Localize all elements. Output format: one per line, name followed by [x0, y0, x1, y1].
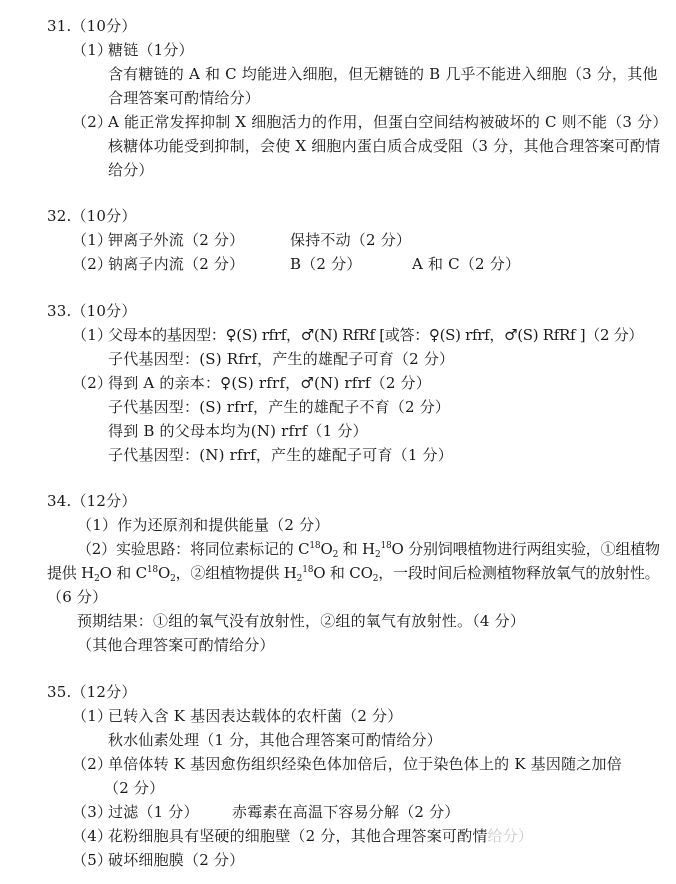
subscript: 2 [375, 550, 381, 560]
q33-part2-label: （2） [72, 373, 112, 393]
q33-part2-line1: 得到 A 的亲本：♀(S) rfrf，♂(N) rfrf（2 分） [108, 373, 431, 393]
q34-part2-label: （2） [77, 540, 116, 558]
q33-part1-label: （1） [72, 325, 112, 345]
q34-text: 提供 H [47, 564, 94, 582]
q31-part1-answer: 糖链（1分） [108, 40, 194, 60]
q32-part2-answer-a: 钠离子内流（2 分） [108, 254, 244, 274]
q34-part1-text: 作为还原剂和提供能量（2 分） [117, 516, 329, 534]
q35-part3-label: （3） [72, 802, 112, 822]
q34-part2-expected: 预期结果：①组的氧气没有放射性，②组的氧气有放射性。（4 分） [77, 611, 525, 631]
q34-text: O 和 CO [313, 564, 372, 582]
superscript: 18 [309, 541, 320, 551]
q34-text: 实验思路：将同位素标记的 C [116, 540, 309, 558]
subscript: 2 [297, 574, 303, 584]
q33-header: 33.（10分） [47, 301, 137, 321]
q34-part2-line1: （2）实验思路：将同位素标记的 C18O2 和 H218O 分别饲喂植物进行两组… [77, 539, 660, 559]
q35-part2-line2: （2 分） [104, 778, 164, 798]
q35-part3-answer-b: 赤霉素在高温下容易分解（2 分） [232, 802, 460, 822]
q34-header: 34.（12分） [47, 491, 137, 511]
q35-part4-watermark-covered-text: 给分） [488, 827, 534, 845]
q31-part2-line2: 核糖体功能受到抑制，会使 X 细胞内蛋白质合成受阻（3 分，其他合理答案可酌情 [108, 136, 660, 156]
q34-text: 和 H [338, 540, 375, 558]
q34-part2-line2: 提供 H2O 和 C18O2，②组植物提供 H218O 和 CO2，一段时间后检… [47, 563, 659, 583]
q32-part1-label: （1） [72, 230, 112, 250]
q33-part2-line4: 子代基因型：(N) rfrf，产生的雄配子可育（1 分） [108, 445, 453, 465]
q32-part2-label: （2） [72, 254, 112, 274]
q31-part2-line3: 给分） [108, 160, 154, 180]
q34-part1-label: （1） [77, 516, 117, 534]
q31-part1-reason-line1: 含有糖链的 A 和 C 均能进入细胞，但无糖链的 B 几乎不能进入细胞（3 分，… [108, 64, 658, 84]
q35-part4-label: （4） [72, 826, 112, 846]
q34-part2-note: （其他合理答案可酌情给分） [77, 635, 275, 655]
q34-text: O 和 C [100, 564, 147, 582]
q31-part1-label: （1） [72, 40, 112, 60]
q33-part2-line3: 得到 B 的父母本均为(N) rfrf（1 分） [108, 421, 368, 441]
q35-part4-text: 花粉细胞具有坚硬的细胞壁（2 分，其他合理答案可酌情 [108, 827, 488, 845]
q31-part2-line1: A 能正常发挥抑制 X 细胞活力的作用，但蛋白空间结构被破坏的 C 则不能（3 … [108, 112, 668, 132]
q31-part2-label: （2） [72, 112, 112, 132]
q35-part5-text: 破坏细胞膜（2 分） [108, 850, 244, 870]
q35-part4: 花粉细胞具有坚硬的细胞壁（2 分，其他合理答案可酌情给分） [108, 826, 533, 846]
q32-part2-answer-b: B（2 分） [290, 254, 362, 274]
q34-text: O 分别饲喂植物进行两组实验，①组植物 [392, 540, 660, 558]
q35-part3-answer-a: 过滤（1 分） [108, 802, 199, 822]
q35-part1-line1: 已转入含 K 基因表达载体的农杆菌（2 分） [108, 706, 402, 726]
q34-text: ，一段时间后检测植物释放氧气的放射性。 [378, 564, 659, 582]
q35-part5-label: （5） [72, 850, 112, 870]
q34-text: O [320, 540, 332, 558]
q34-text: O [158, 564, 170, 582]
superscript: 18 [302, 565, 313, 575]
q31-part1-reason-line2: 合理答案可酌情给分） [108, 88, 260, 108]
q32-header: 32.（10分） [47, 206, 137, 226]
q35-part2-line1: 单倍体转 K 基因愈伤组织经染色体加倍后，位于染色体上的 K 基因随之加倍 [108, 754, 622, 774]
q35-part2-label: （2） [72, 754, 112, 774]
q34-part2-line3: （6 分） [47, 587, 107, 607]
q33-part2-line2: 子代基因型：(S) rfrf，产生的雄配子不育（2 分） [108, 397, 450, 417]
q35-part1-line2: 秋水仙素处理（1 分，其他合理答案可酌情给分） [108, 730, 442, 750]
q33-part1-line1: 父母本的基因型：♀(S) rfrf，♂(N) RfRf [或答：♀(S) rfr… [108, 325, 643, 345]
q31-header: 31.（10分） [47, 16, 137, 36]
q32-part2-answer-c: A 和 C（2 分） [412, 254, 520, 274]
q34-part1: （1）作为还原剂和提供能量（2 分） [77, 515, 329, 535]
superscript: 18 [147, 565, 158, 575]
q33-part1-line2: 子代基因型：(S) Rfrf，产生的雄配子可育（2 分） [108, 349, 454, 369]
q35-part1-label: （1） [72, 706, 112, 726]
q35-header: 35.（12分） [47, 682, 137, 702]
superscript: 18 [380, 541, 391, 551]
q32-part1-answer-a: 钾离子外流（2 分） [108, 230, 244, 250]
q32-part1-answer-b: 保持不动（2 分） [290, 230, 411, 250]
q34-text: ，②组植物提供 H [176, 564, 297, 582]
